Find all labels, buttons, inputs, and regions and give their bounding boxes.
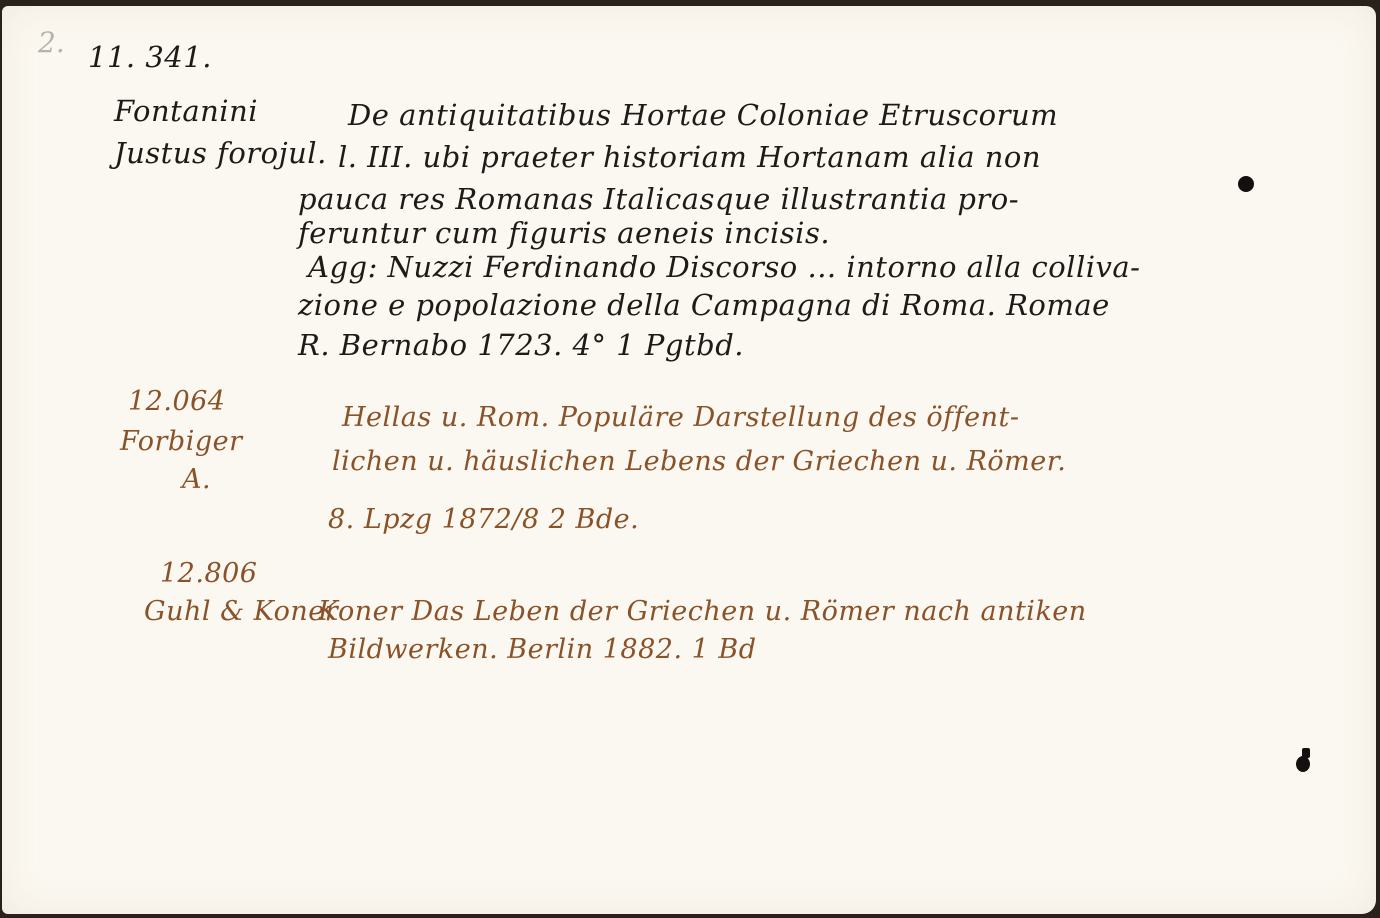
ink-blot-lower-tail [1302, 748, 1310, 758]
entry-1-line-7: R. Bernabo 1723. 4° 1 Pgtbd. [298, 328, 744, 362]
call-number-2: 12.064 [128, 386, 225, 417]
author-1-line-2: Justus forojul. [114, 136, 327, 170]
author-3-line-1: Guhl & Koner [144, 596, 338, 627]
entry-1-line-5: Agg: Nuzzi Ferdinando Discorso ... intor… [308, 250, 1140, 284]
entry-2-line-1: Hellas u. Rom. Populäre Darstellung des … [342, 402, 1019, 433]
entry-1-line-6: zione e popolazione della Campagna di Ro… [298, 288, 1110, 322]
author-2-line-2: A. [182, 464, 211, 495]
pencil-mark: 2. [38, 26, 65, 59]
entry-1-line-3: pauca res Romanas Italicasque illustrant… [298, 182, 1019, 216]
ink-blot-lower [1296, 756, 1310, 772]
author-2-line-1: Forbiger [120, 426, 243, 457]
author-1-line-1: Fontanini [114, 94, 258, 128]
call-number-1: 11. 341. [88, 40, 212, 74]
entry-1-line-1: De antiquitatibus Hortae Coloniae Etrusc… [348, 98, 1058, 132]
entry-2-line-2: lichen u. häuslichen Lebens der Griechen… [332, 446, 1066, 477]
call-number-3: 12.806 [160, 558, 257, 589]
entry-1-line-2: l. III. ubi praeter historiam Hortanam a… [338, 140, 1041, 174]
entry-3-line-1: Koner Das Leben der Griechen u. Römer na… [318, 596, 1087, 627]
entry-1-line-4: feruntur cum figuris aeneis incisis. [298, 216, 830, 250]
entry-3-line-2: Bildwerken. Berlin 1882. 1 Bd [328, 634, 757, 665]
ink-blot-upper [1238, 176, 1254, 192]
entry-2-line-3: 8. Lpzg 1872/8 2 Bde. [328, 504, 639, 535]
catalog-card: 2. 11. 341. Fontanini Justus forojul. De… [2, 6, 1376, 914]
